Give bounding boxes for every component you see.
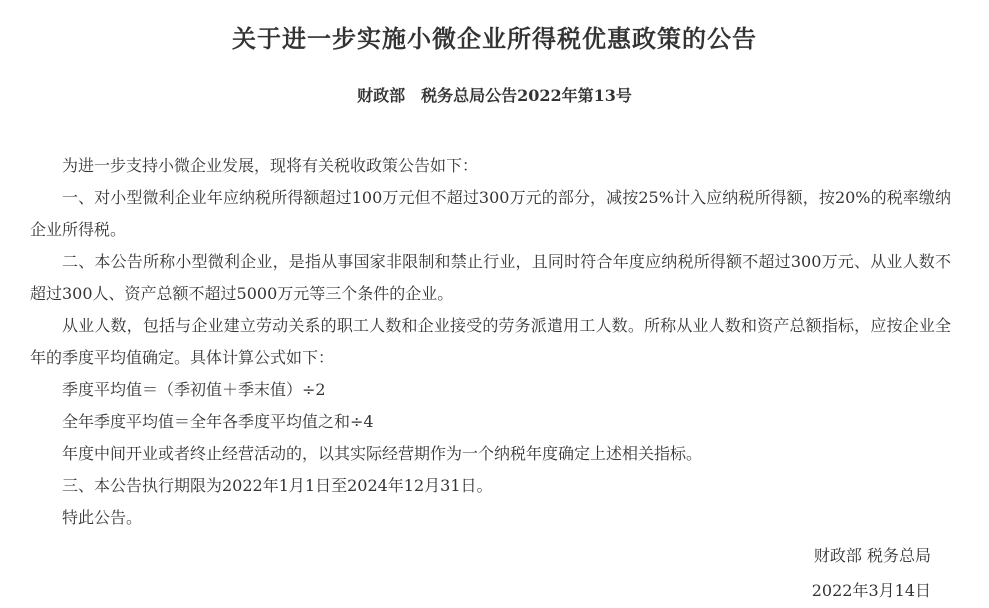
body-paragraph-formula-quarter: 季度平均值＝（季初值＋季末值）÷2 [30, 374, 951, 406]
signature-date: 2022年3月14日 [0, 573, 931, 608]
body-paragraph-article-2: 二、本公告所称小型微利企业，是指从事国家非限制和禁止行业，且同时符合年度应纳税所… [30, 246, 951, 310]
announcement-document: 关于进一步实施小微企业所得税优惠政策的公告 财政部 税务总局公告2022年第13… [0, 0, 989, 608]
body-paragraph-mid-year: 年度中间开业或者终止经营活动的，以其实际经营期作为一个纳税年度确定上述相关指标。 [30, 438, 951, 470]
body-paragraph-article-3: 三、本公告执行期限为2022年1月1日至2024年12月31日。 [30, 470, 951, 502]
document-body: 为进一步支持小微企业发展，现将有关税收政策公告如下： 一、对小型微利企业年应纳税… [30, 150, 951, 534]
signature-block: 财政部 税务总局 2022年3月14日 [0, 538, 989, 608]
body-paragraph-intro: 为进一步支持小微企业发展，现将有关税收政策公告如下： [30, 150, 951, 182]
body-paragraph-closing: 特此公告。 [30, 502, 951, 534]
body-paragraph-formula-year: 全年季度平均值＝全年各季度平均值之和÷4 [30, 406, 951, 438]
body-paragraph-employee-count: 从业人数，包括与企业建立劳动关系的职工人数和企业接受的劳务派遣用工人数。所称从业… [30, 310, 951, 374]
signature-issuer: 财政部 税务总局 [0, 538, 931, 573]
document-title: 关于进一步实施小微企业所得税优惠政策的公告 [0, 20, 989, 58]
body-paragraph-article-1: 一、对小型微利企业年应纳税所得额超过100万元但不超过300万元的部分，减按25… [30, 182, 951, 246]
document-number: 财政部 税务总局公告2022年第13号 [0, 86, 989, 106]
